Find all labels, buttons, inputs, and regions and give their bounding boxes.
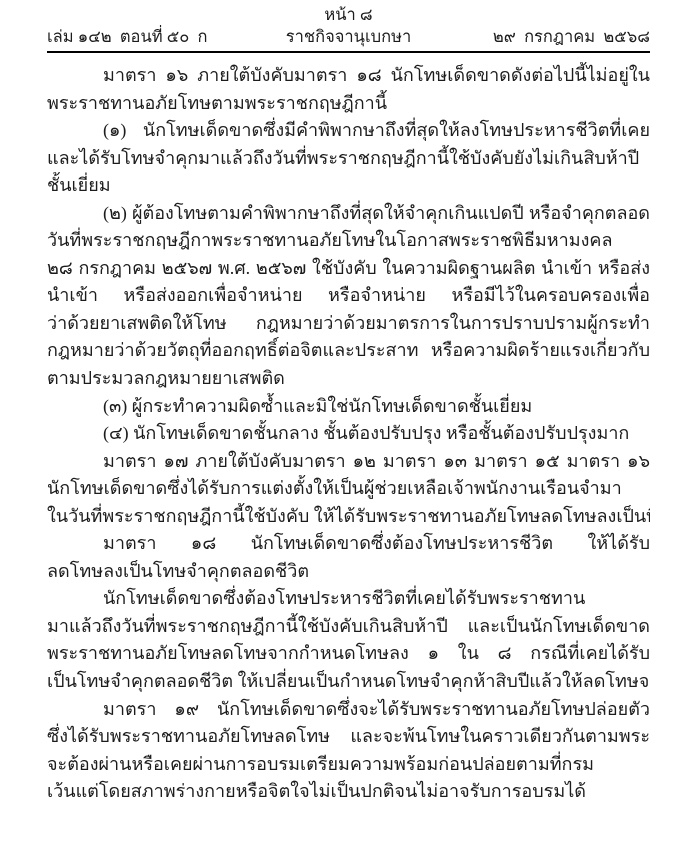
text-line: (๔) นักโทษเด็ดขาดชั้นกลาง ชั้นต้องปรับปร… [47, 420, 650, 448]
text-line: (๒) ผู้ต้องโทษตามคำพิพากษาถึงที่สุดให้จำ… [47, 200, 650, 228]
publication-date: ๒๙ กรกฎาคม ๒๕๖๘ [493, 26, 650, 48]
header-rule [47, 51, 650, 53]
text-line: มาตรา ๑๖ ภายใต้บังคับมาตรา ๑๘ นักโทษเด็ด… [47, 62, 650, 90]
text-line: กฎหมายว่าด้วยวัตถุที่ออกฤทธิ์ต่อจิตและปร… [47, 337, 650, 365]
text-line: ชั้นเยี่ยม [47, 172, 650, 200]
text-line: พระราชทานอภัยโทษลดโทษจากกำหนดโทษลง ๑ ใน … [47, 640, 650, 668]
text-line: นักโทษเด็ดขาดซึ่งต้องโทษประหารชีวิตที่เค… [47, 585, 650, 613]
text-line: เว้นแต่โดยสภาพร่างกายหรือจิตใจไม่เป็นปกต… [47, 778, 650, 806]
text-line: (๑) นักโทษเด็ดขาดซึ่งมีคำพิพากษาถึงที่สุ… [47, 117, 650, 145]
text-line: วันที่พระราชกฤษฎีกาพระราชทานอภัยโทษในโอก… [47, 227, 650, 255]
text-line: มาตรา ๑๙ นักโทษเด็ดขาดซึ่งจะได้รับพระราช… [47, 696, 650, 724]
text-line: นำเข้า หรือส่งออกเพื่อจำหน่าย หรือจำหน่า… [47, 282, 650, 310]
volume-issue-label: เล่ม ๑๔๒ ตอนที่ ๕๐ ก [47, 26, 208, 48]
text-line: (๓) ผู้กระทำความผิดซ้ำและมิใช่นักโทษเด็ด… [47, 393, 650, 421]
document-body: มาตรา ๑๖ ภายใต้บังคับมาตรา ๑๘ นักโทษเด็ด… [47, 62, 650, 806]
text-line: มาตรา ๑๘ นักโทษเด็ดขาดซึ่งต้องโทษประหารช… [47, 530, 650, 558]
text-line: มาแล้วถึงวันที่พระราชกฤษฎีกานี้ใช้บังคับ… [47, 613, 650, 641]
text-line: นักโทษเด็ดขาดซึ่งได้รับการแต่งตั้งให้เป็… [47, 475, 650, 503]
text-line: พระราชทานอภัยโทษตามพระราชกฤษฎีกานี้ [47, 90, 650, 118]
text-line: ซึ่งได้รับพระราชทานอภัยโทษลดโทษ และจะพ้น… [47, 723, 650, 751]
text-line: และได้รับโทษจำคุกมาแล้วถึงวันที่พระราชกฤ… [47, 145, 650, 173]
text-line: ๒๘ กรกฎาคม ๒๕๖๗ พ.ศ. ๒๕๖๗ ใช้บังคับ ในคว… [47, 255, 650, 283]
text-line: เป็นโทษจำคุกตลอดชีวิต ให้เปลี่ยนเป็นกำหน… [47, 668, 650, 696]
text-line: ว่าด้วยยาเสพติดให้โทษ กฎหมายว่าด้วยมาตรก… [47, 310, 650, 338]
text-line: ในวันที่พระราชกฤษฎีกานี้ใช้บังคับ ให้ได้… [47, 503, 650, 531]
page-header: เล่ม ๑๔๒ ตอนที่ ๕๐ ก ราชกิจจานุเบกษา ๒๙ … [47, 26, 650, 48]
text-line: ลดโทษลงเป็นโทษจำคุกตลอดชีวิต [47, 558, 650, 586]
text-line: ตามประมวลกฎหมายยาเสพติด [47, 365, 650, 393]
gazette-title: ราชกิจจานุเบกษา [286, 26, 411, 48]
page-number: หน้า ๘ [47, 4, 650, 26]
gazette-page: หน้า ๘ เล่ม ๑๔๒ ตอนที่ ๕๐ ก ราชกิจจานุเบ… [0, 0, 696, 849]
text-line: มาตรา ๑๗ ภายใต้บังคับมาตรา ๑๒ มาตรา ๑๓ ม… [47, 448, 650, 476]
text-line: จะต้องผ่านหรือเคยผ่านการอบรมเตรียมความพร… [47, 751, 650, 779]
